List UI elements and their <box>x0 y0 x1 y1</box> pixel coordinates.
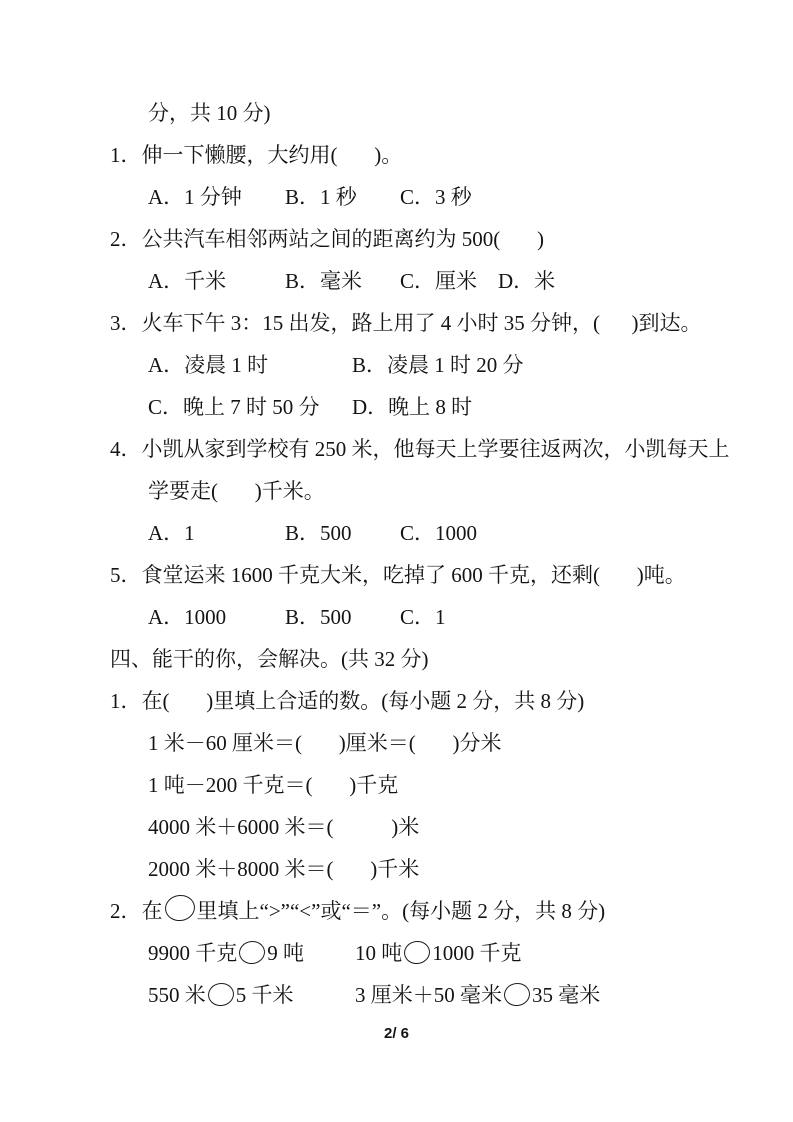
question-1-stem: 1．伸一下懒腰，大约用( )。 <box>110 134 710 176</box>
compare-right-text: 9 吨 <box>267 941 304 965</box>
compare-right-text: 1000 千克 <box>432 941 521 965</box>
option-b: B．凌晨 1 时 20 分 <box>352 344 524 386</box>
question-4-stem-line2: 学要走( )千米。 <box>110 470 710 512</box>
option-a: A．千米 <box>148 260 285 302</box>
answer-circle <box>163 893 196 923</box>
option-b: B．1 秒 <box>285 176 400 218</box>
option-c: C．1 <box>400 596 446 638</box>
compare-left-text: 9900 千克 <box>148 941 237 965</box>
question-3-options-row2: C．晚上 7 时 50 分 D．晚上 8 时 <box>110 386 710 428</box>
page-footer: 2/ 6 <box>0 1024 793 1044</box>
answer-circle <box>206 981 235 1007</box>
comparison-item-left: 550 米5 千米 <box>148 974 355 1016</box>
stem-text-before: 2．在 <box>110 899 163 923</box>
compare-right-text: 35 毫米 <box>532 983 600 1007</box>
option-b: B．500 <box>285 596 400 638</box>
option-a: A．1 <box>148 512 285 554</box>
compare-right-text: 5 千米 <box>236 983 294 1007</box>
question-2-stem: 2．公共汽车相邻两站之间的距离约为 500( ) <box>110 218 710 260</box>
page-number: 2/ 6 <box>384 1025 409 1042</box>
comparison-row: 9900 千克9 吨 10 吨1000 千克 <box>110 932 710 974</box>
question-3-stem: 3．火车下午 3：15 出发，路上用了 4 小时 35 分钟，( )到达。 <box>110 302 710 344</box>
answer-circle <box>403 939 432 965</box>
question-4-stem-line1: 4．小凯从家到学校有 250 米，他每天上学要往返两次，小凯每天上 <box>110 428 710 470</box>
option-b: B．毫米 <box>285 260 400 302</box>
option-c: C．3 秒 <box>400 176 472 218</box>
answer-circle <box>503 981 532 1007</box>
option-a: A．1000 <box>148 596 285 638</box>
page-content: 分，共 10 分) 1．伸一下懒腰，大约用( )。 A．1 分钟 B．1 秒 C… <box>110 92 710 1016</box>
compare-left-text: 550 米 <box>148 983 206 1007</box>
option-c: C．1000 <box>400 512 477 554</box>
question-5-stem: 5．食堂运来 1600 千克大米，吃掉了 600 千克，还剩( )吨。 <box>110 554 710 596</box>
option-d: D．米 <box>498 260 555 302</box>
comparison-item-right: 10 吨1000 千克 <box>355 932 522 974</box>
question-2-options: A．千米 B．毫米 C．厘米 D．米 <box>110 260 710 302</box>
section-4-heading: 四、能干的你，会解决。(共 32 分) <box>110 638 710 680</box>
fill-blank-item: 1 吨－200 千克＝( )千克 <box>110 764 710 806</box>
option-a: A．凌晨 1 时 <box>148 344 352 386</box>
worksheet-page: 分，共 10 分) 1．伸一下懒腰，大约用( )。 A．1 分钟 B．1 秒 C… <box>0 0 793 1122</box>
stem-text-after: 里填上“>”“<”或“＝”。(每小题 2 分，共 8 分) <box>197 899 606 923</box>
option-b: B．500 <box>285 512 400 554</box>
compare-left-text: 3 厘米＋50 毫米 <box>355 983 502 1007</box>
fill-blank-item: 1 米－60 厘米＝( )厘米＝( )分米 <box>110 722 710 764</box>
question-1-options: A．1 分钟 B．1 秒 C．3 秒 <box>110 176 710 218</box>
section4-sub2-stem: 2．在里填上“>”“<”或“＝”。(每小题 2 分，共 8 分) <box>110 890 710 932</box>
comparison-item-left: 9900 千克9 吨 <box>148 932 355 974</box>
option-c: C．晚上 7 时 50 分 <box>148 386 352 428</box>
option-c: C．厘米 <box>400 260 498 302</box>
answer-circle <box>238 939 267 965</box>
fill-blank-item: 2000 米＋8000 米＝( )千米 <box>110 848 710 890</box>
question-3-options-row1: A．凌晨 1 时 B．凌晨 1 时 20 分 <box>110 344 710 386</box>
carryover-line: 分，共 10 分) <box>110 92 710 134</box>
question-4-options: A．1 B．500 C．1000 <box>110 512 710 554</box>
comparison-item-right: 3 厘米＋50 毫米35 毫米 <box>355 974 600 1016</box>
section4-sub1-stem: 1．在( )里填上合适的数。(每小题 2 分，共 8 分) <box>110 680 710 722</box>
compare-left-text: 10 吨 <box>355 941 402 965</box>
option-d: D．晚上 8 时 <box>352 386 472 428</box>
fill-blank-item: 4000 米＋6000 米＝( )米 <box>110 806 710 848</box>
question-5-options: A．1000 B．500 C．1 <box>110 596 710 638</box>
option-a: A．1 分钟 <box>148 176 285 218</box>
comparison-row: 550 米5 千米 3 厘米＋50 毫米35 毫米 <box>110 974 710 1016</box>
